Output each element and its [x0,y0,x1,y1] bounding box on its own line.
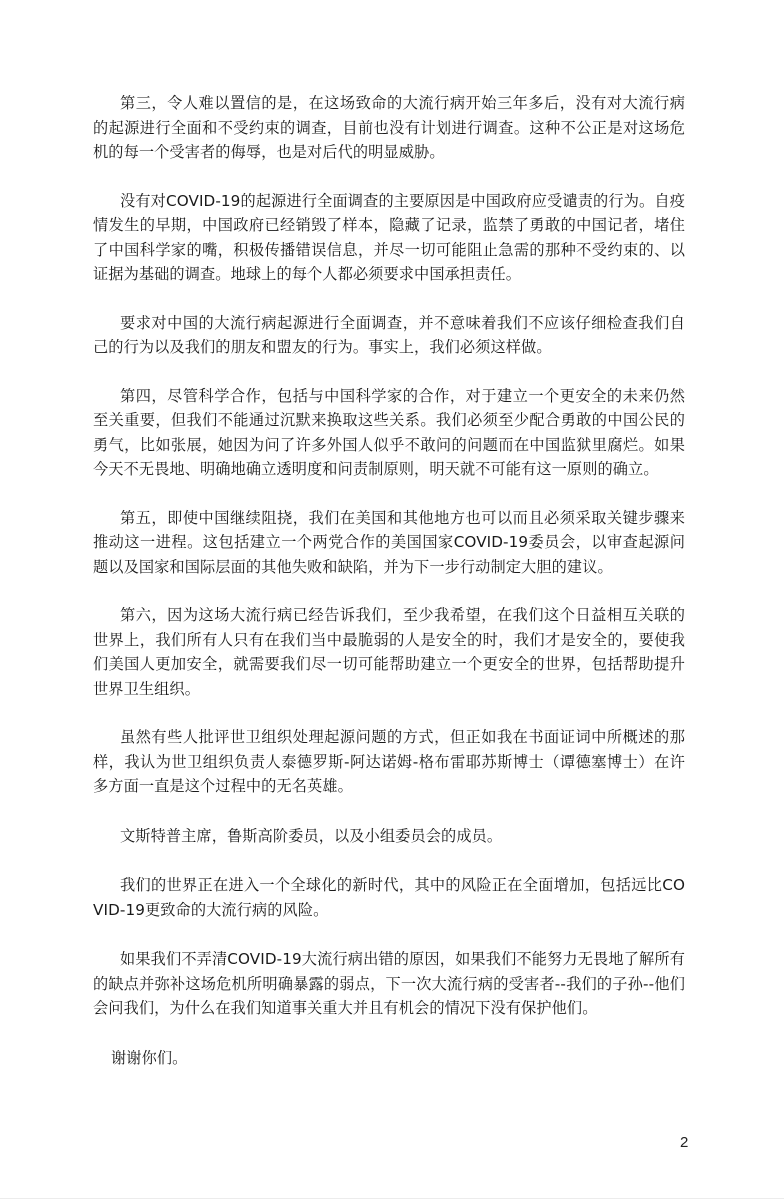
paragraph-who-criticism: 虽然有些人批评世卫组织处理起源问题的方式，但正如我在书面证词中所概述的那样，我认… [93,725,685,799]
document-body: 第三，令人难以置信的是，在这场致命的大流行病开始三年多后，没有对大流行病的起源进… [93,91,685,1070]
paragraph-sixth-point: 第六，因为这场大流行病已经告诉我们，至少我希望，在我们这个日益相互关联的世界上，… [93,603,685,701]
paragraph-third-point: 第三，令人难以置信的是，在这场致命的大流行病开始三年多后，没有对大流行病的起源进… [93,91,685,165]
paragraph-address-chair: 文斯特普主席，鲁斯高阶委员，以及小组委员会的成员。 [93,824,685,849]
paragraph-fourth-point: 第四，尽管科学合作，包括与中国科学家的合作，对于建立一个更安全的未来仍然至关重要… [93,384,685,482]
document-page: 第三，令人难以置信的是，在这场致命的大流行病开始三年多后，没有对大流行病的起源进… [0,0,784,1199]
page-number: 2 [680,1134,688,1151]
paragraph-thanks: 谢谢你们。 [93,1046,685,1071]
paragraph-conclusion: 如果我们不弄清COVID-19大流行病出错的原因，如果我们不能努力无畏地了解所有… [93,947,685,1021]
paragraph-fifth-point: 第五，即使中国继续阻挠，我们在美国和其他地方也可以而且必须采取关键步骤来推动这一… [93,506,685,580]
paragraph-examine-ourselves: 要求对中国的大流行病起源进行全面调查，并不意味着我们不应该仔细检查我们自己的行为… [93,311,685,360]
paragraph-global-era: 我们的世界正在进入一个全球化的新时代，其中的风险正在全面增加，包括远比COVID… [93,873,685,922]
paragraph-main-reason: 没有对COVID-19的起源进行全面调查的主要原因是中国政府应受谴责的行为。自疫… [93,189,685,287]
